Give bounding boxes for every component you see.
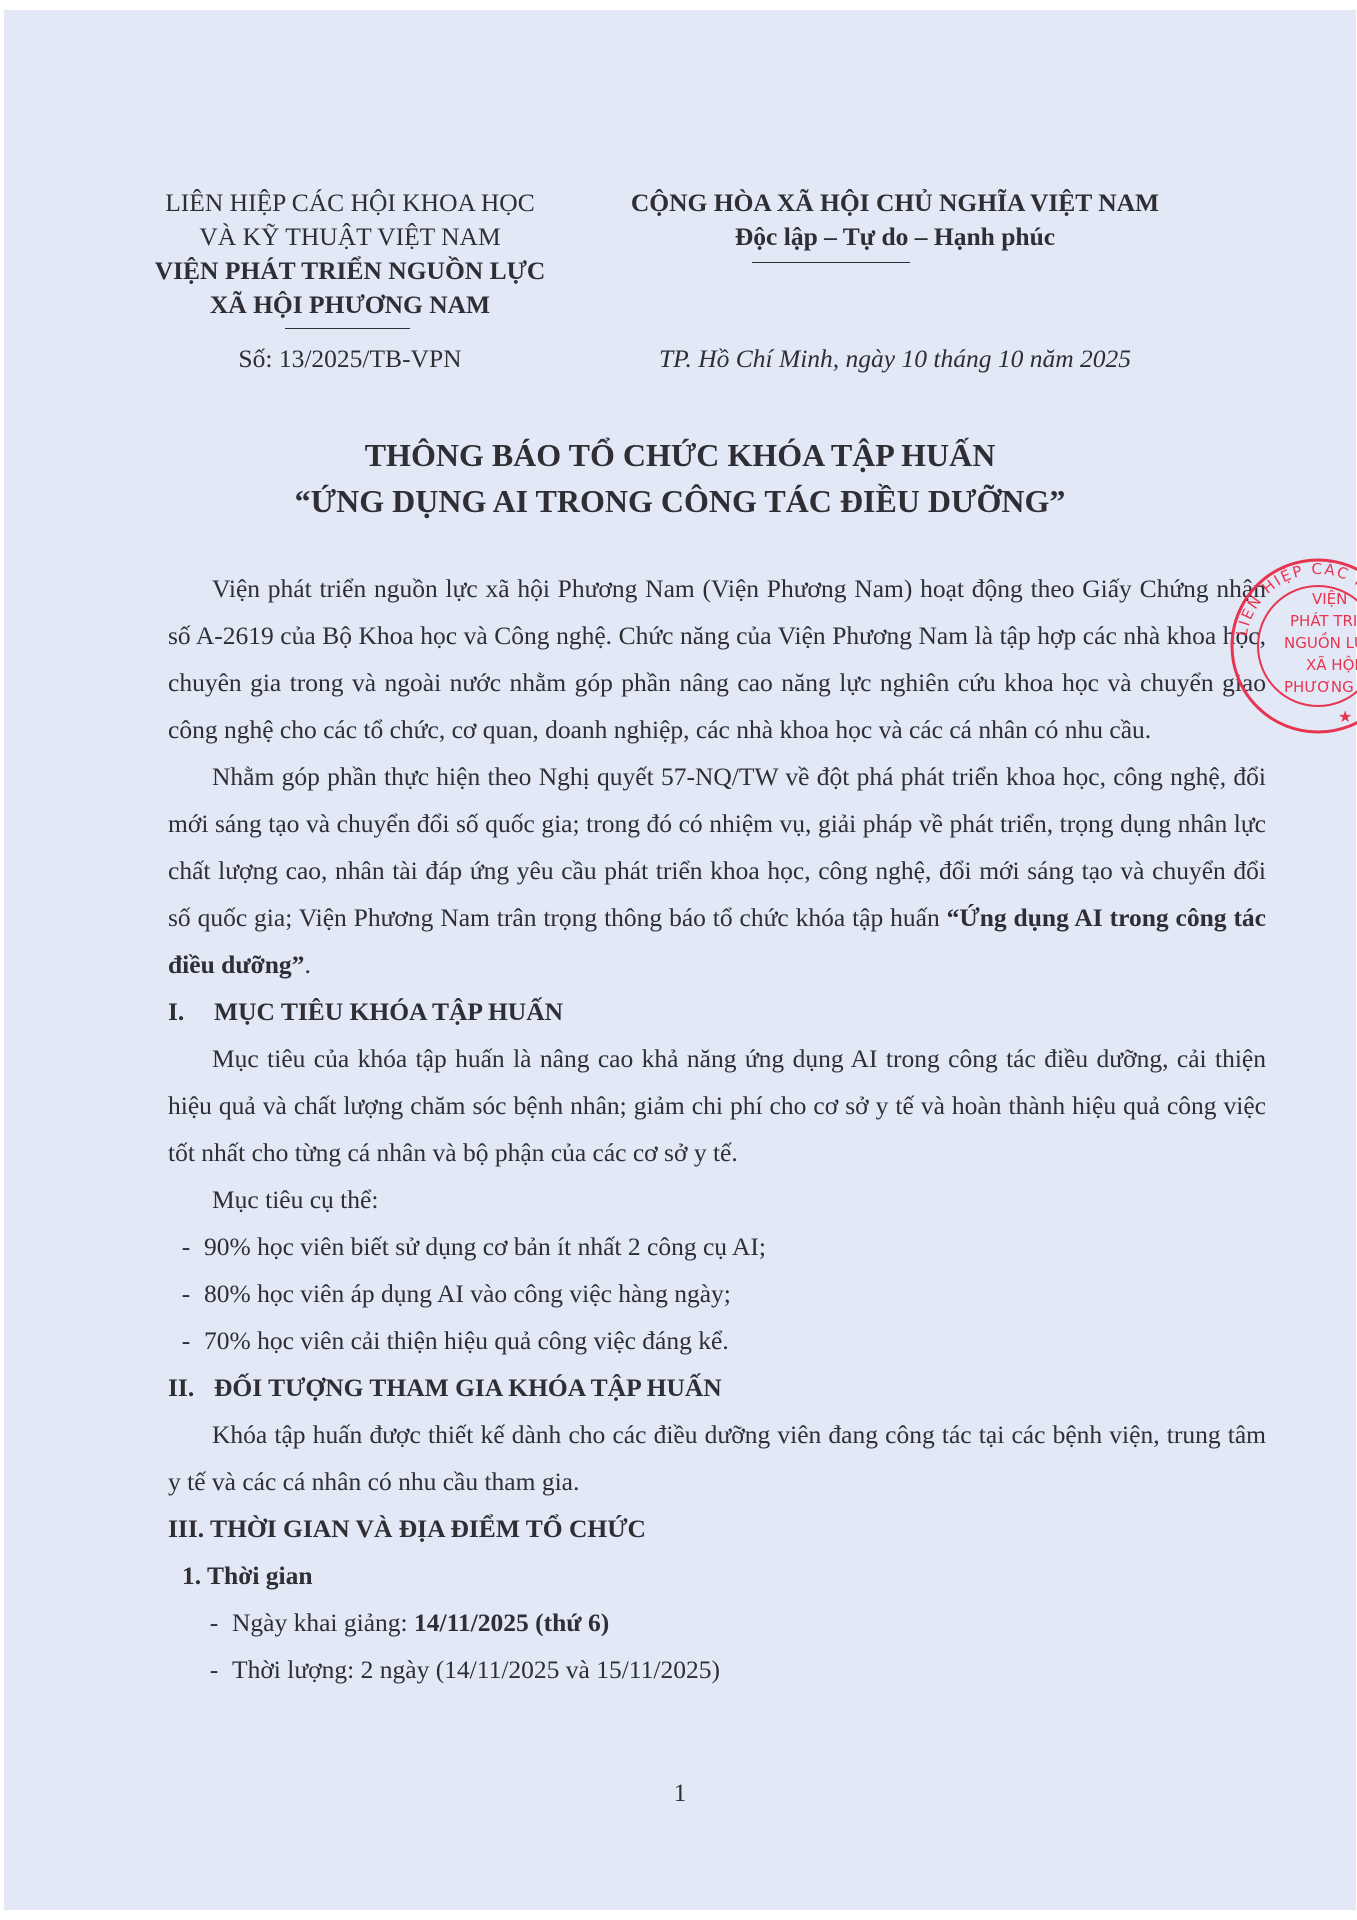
svg-text:NGUỒN LỰC: NGUỒN LỰC xyxy=(1284,631,1357,652)
intro-paragraph-2: Nhằm góp phần thực hiện theo Nghị quyết … xyxy=(168,753,1266,988)
goal-bullet: -90% học viên biết sử dụng cơ bản ít nhấ… xyxy=(168,1223,1266,1270)
specific-goals-label: Mục tiêu cụ thể: xyxy=(168,1176,1266,1223)
svg-text:PHƯƠNG NAM: PHƯƠNG NAM xyxy=(1284,678,1357,696)
intro-paragraph-1: Viện phát triển nguồn lực xã hội Phương … xyxy=(168,565,1266,753)
section-1-paragraph: Mục tiêu của khóa tập huấn là nâng cao k… xyxy=(168,1035,1266,1176)
org-name-line-2: XÃ HỘI PHƯƠNG NAM xyxy=(120,288,580,322)
org-underline xyxy=(285,328,410,329)
parent-org-line-2: VÀ KỸ THUẬT VIỆT NAM xyxy=(120,220,580,254)
section-3-heading: III. THỜI GIAN VÀ ĐỊA ĐIỂM TỔ CHỨC xyxy=(168,1505,1266,1552)
parent-org-line-1: LIÊN HIỆP CÁC HỘI KHOA HỌC xyxy=(120,186,580,220)
svg-text:VIỆN: VIỆN xyxy=(1312,589,1347,608)
subsection-time-heading: 1. Thời gian xyxy=(168,1552,1266,1599)
document-body: Viện phát triển nguồn lực xã hội Phương … xyxy=(168,565,1266,1693)
document-title: THÔNG BÁO TỔ CHỨC KHÓA TẬP HUẤN “ỨNG DỤN… xyxy=(100,432,1260,524)
official-seal-icon: LIÊN HIỆP CÁC HỘI KHOA HỌC VIỆN PHÁT TRI… xyxy=(1228,556,1357,736)
national-header: CỘNG HÒA XÃ HỘI CHỦ NGHĨA VIỆT NAM Độc l… xyxy=(590,186,1200,254)
section-1-heading: I.MỤC TIÊU KHÓA TẬP HUẤN xyxy=(168,988,1266,1035)
svg-text:XÃ HỘI: XÃ HỘI xyxy=(1306,655,1357,674)
time-item: -Ngày khai giảng: 14/11/2025 (thứ 6) xyxy=(168,1599,1266,1646)
goal-bullet: -70% học viên cải thiện hiệu quả công vi… xyxy=(168,1317,1266,1364)
star-icon: ★ xyxy=(1338,707,1352,726)
motto-underline xyxy=(752,262,910,263)
title-line-2: “ỨNG DỤNG AI TRONG CÔNG TÁC ĐIỀU DƯỠNG” xyxy=(100,478,1260,524)
national-motto: Độc lập – Tự do – Hạnh phúc xyxy=(590,220,1200,254)
svg-text:PHÁT TRIỂN: PHÁT TRIỂN xyxy=(1290,609,1357,630)
title-line-1: THÔNG BÁO TỔ CHỨC KHÓA TẬP HUẤN xyxy=(100,432,1260,478)
goal-bullet: -80% học viên áp dụng AI vào công việc h… xyxy=(168,1270,1266,1317)
section-2-paragraph: Khóa tập huấn được thiết kế dành cho các… xyxy=(168,1411,1266,1505)
document-number: Số: 13/2025/TB-VPN xyxy=(120,344,580,374)
org-name-line-1: VIỆN PHÁT TRIỂN NGUỒN LỰC xyxy=(120,254,580,288)
section-2-heading: II.ĐỐI TƯỢNG THAM GIA KHÓA TẬP HUẤN xyxy=(168,1364,1266,1411)
time-item: -Thời lượng: 2 ngày (14/11/2025 và 15/11… xyxy=(168,1646,1266,1693)
page-number: 1 xyxy=(660,1778,700,1808)
nation-name: CỘNG HÒA XÃ HỘI CHỦ NGHĨA VIỆT NAM xyxy=(590,186,1200,220)
issuing-organization: LIÊN HIỆP CÁC HỘI KHOA HỌC VÀ KỸ THUẬT V… xyxy=(120,186,580,322)
place-and-date: TP. Hồ Chí Minh, ngày 10 tháng 10 năm 20… xyxy=(590,344,1200,374)
